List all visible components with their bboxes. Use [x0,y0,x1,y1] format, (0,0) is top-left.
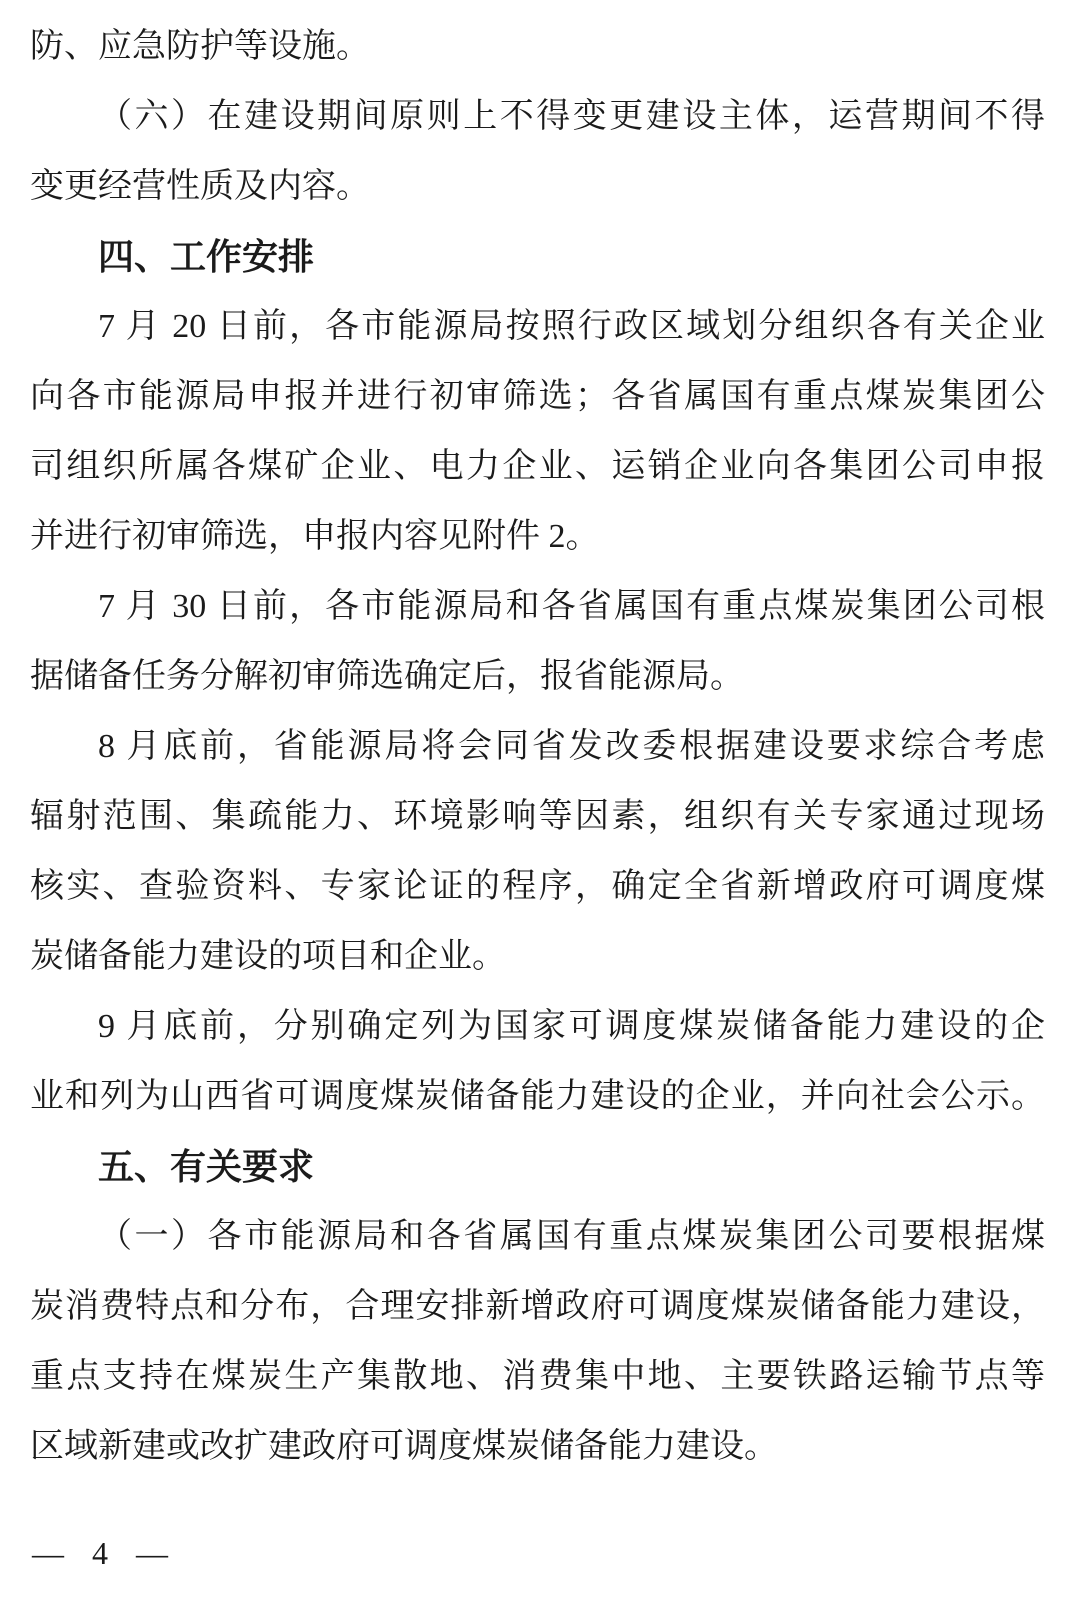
document-line: 炭消费特点和分布，合理安排新增政府可调度煤炭储备能力建设， [30,1272,1045,1342]
section-heading: 四、工作安排 [30,222,1045,292]
document-line: （六）在建设期间原则上不得变更建设主体，运营期间不得 [30,82,1045,152]
document-line: 7 月 30 日前，各市能源局和各省属国有重点煤炭集团公司根 [30,572,1045,642]
document-line: 炭储备能力建设的项目和企业。 [30,922,1045,992]
section-heading: 五、有关要求 [30,1132,1045,1202]
document-line: 区域新建或改扩建政府可调度煤炭储备能力建设。 [30,1412,1045,1482]
document-line: 并进行初审筛选，申报内容见附件 2。 [30,502,1045,572]
document-line: 重点支持在煤炭生产集散地、消费集中地、主要铁路运输节点等 [30,1342,1045,1412]
document-line: 业和列为山西省可调度煤炭储备能力建设的企业，并向社会公示。 [30,1062,1045,1132]
document-line: 司组织所属各煤矿企业、电力企业、运销企业向各集团公司申报 [30,432,1045,502]
document-line: 9 月底前，分别确定列为国家可调度煤炭储备能力建设的企 [30,992,1045,1062]
document-line: 防、应急防护等设施。 [30,12,1045,82]
document-line: （一）各市能源局和各省属国有重点煤炭集团公司要根据煤 [30,1202,1045,1272]
document-line: 核实、查验资料、专家论证的程序，确定全省新增政府可调度煤 [30,852,1045,922]
document-line: 8 月底前，省能源局将会同省发改委根据建设要求综合考虑 [30,712,1045,782]
page-number: — 4 — [32,1528,178,1578]
document-line: 变更经营性质及内容。 [30,152,1045,222]
document-body: 防、应急防护等设施。 （六）在建设期间原则上不得变更建设主体，运营期间不得 变更… [30,12,1045,1482]
document-line: 向各市能源局申报并进行初审筛选；各省属国有重点煤炭集团公 [30,362,1045,432]
document-page: 防、应急防护等设施。 （六）在建设期间原则上不得变更建设主体，运营期间不得 变更… [0,0,1080,1597]
document-line: 据储备任务分解初审筛选确定后，报省能源局。 [30,642,1045,712]
document-line: 辐射范围、集疏能力、环境影响等因素，组织有关专家通过现场 [30,782,1045,852]
document-line: 7 月 20 日前，各市能源局按照行政区域划分组织各有关企业 [30,292,1045,362]
